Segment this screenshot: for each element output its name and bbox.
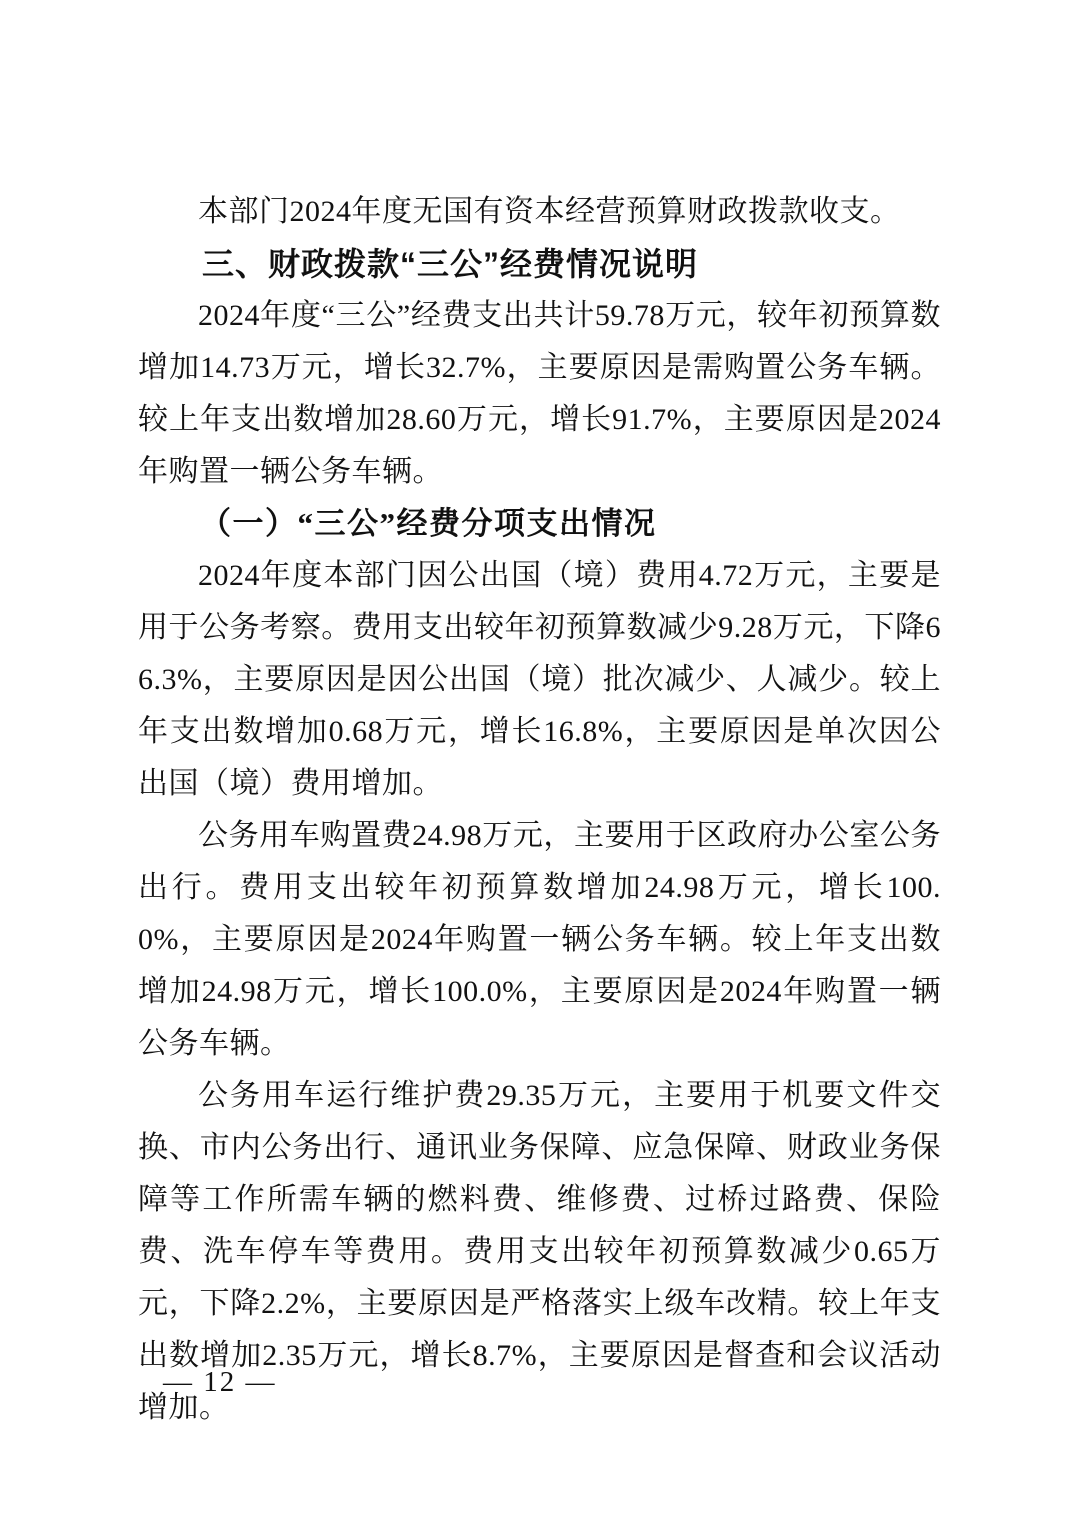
paragraph-no-state-capital-budget: 本部门2024年度无国有资本经营预算财政拨款收支。	[138, 186, 941, 238]
paragraph-vehicle-purchase-expense: 公务用车购置费24.98万元，主要用于区政府办公室公务出行。费用支出较年初预算数…	[138, 810, 941, 1070]
paragraph-total-three-public-expense: 2024年度“三公”经费支出共计59.78万元，较年初预算数增加14.73万元，…	[138, 290, 941, 498]
document-body: 本部门2024年度无国有资本经营预算财政拨款收支。 三、财政拨款“三公”经费情况…	[138, 186, 941, 1434]
section-heading-three-public-funds: 三、财政拨款“三公”经费情况说明	[138, 238, 941, 290]
paragraph-overseas-travel-expense: 2024年度本部门因公出国（境）费用4.72万元，主要是用于公务考察。费用支出较…	[138, 550, 941, 810]
page-number: — 12 —	[163, 1358, 277, 1406]
document-page: 本部门2024年度无国有资本经营预算财政拨款收支。 三、财政拨款“三公”经费情况…	[0, 0, 1075, 1520]
subsection-heading-itemized-expense: （一）“三公”经费分项支出情况	[138, 498, 941, 550]
